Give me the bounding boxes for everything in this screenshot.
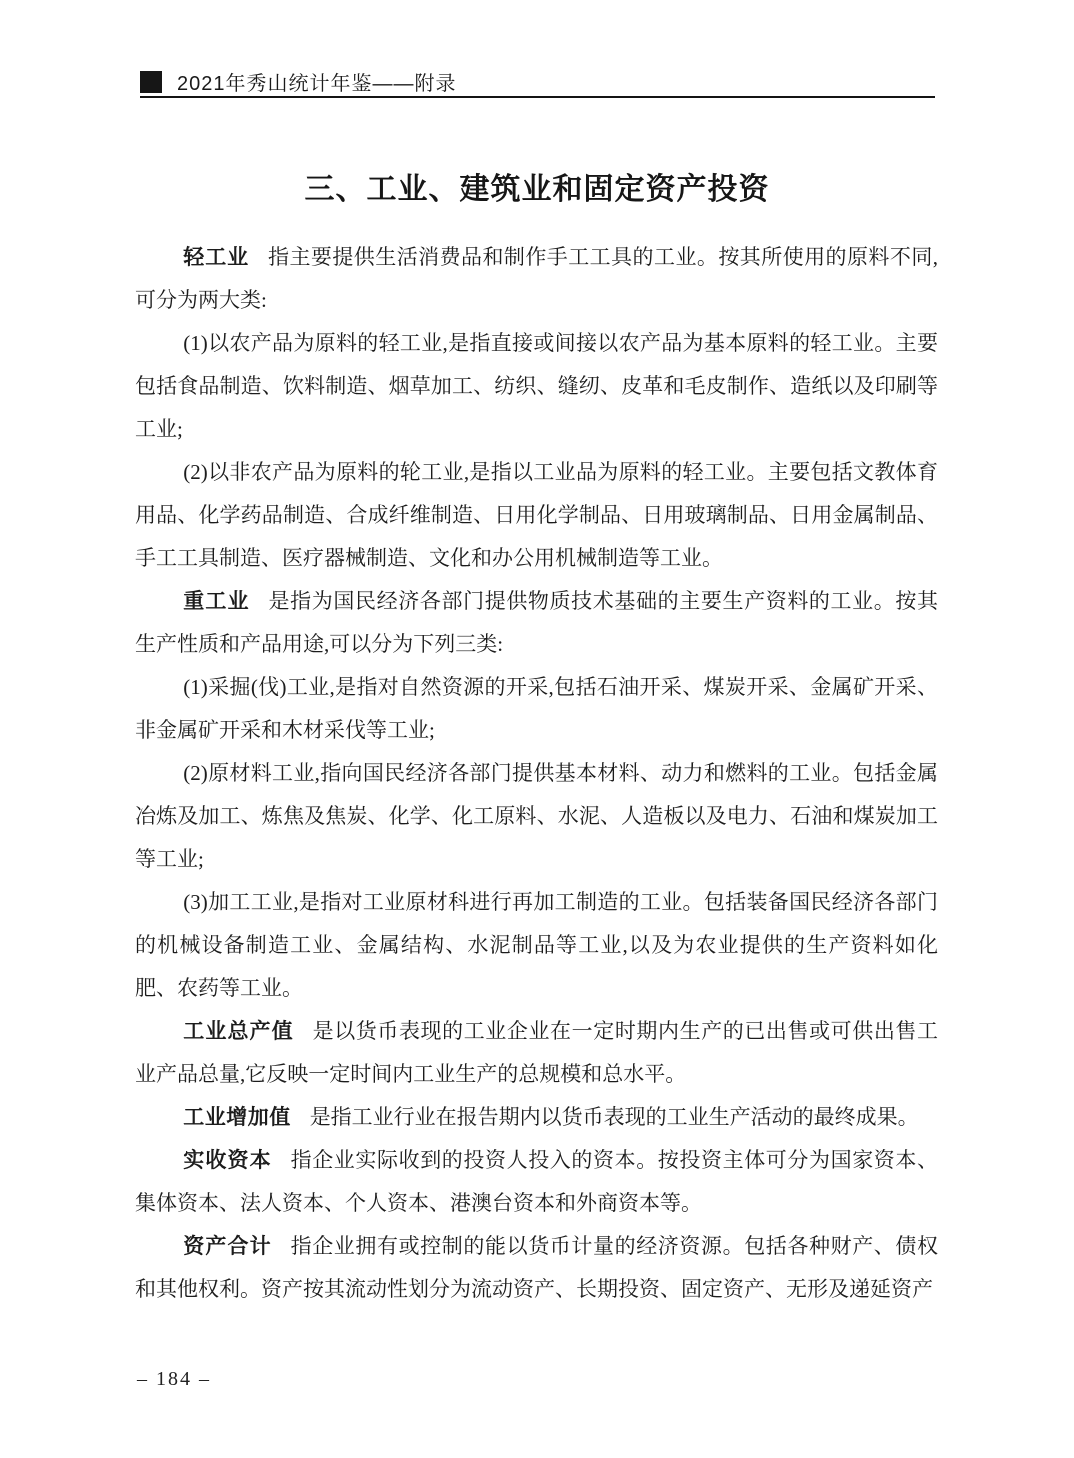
definition-paragraph: (2)原材料工业,指向国民经济各部门提供基本材料、动力和燃料的工业。包括金属冶炼… (135, 752, 938, 881)
term-label: 工业总产值 (183, 1020, 293, 1043)
definition-paragraph: (1)以农产品为原料的轻工业,是指直接或间接以农产品为基本原料的轻工业。主要包括… (135, 322, 938, 451)
document-body: 轻工业指主要提供生活消费品和制作手工工具的工业。按其所使用的原料不同,可分为两大… (135, 236, 938, 1311)
page-header: 2021年秀山统计年鉴——附录 (140, 67, 457, 96)
definition-paragraph: (1)采掘(伐)工业,是指对自然资源的开采,包括石油开采、煤炭开采、金属矿开采、… (135, 666, 938, 752)
definition-paragraph: 实收资本指企业实际收到的投资人投入的资本。按投资主体可分为国家资本、集体资本、法… (135, 1139, 938, 1225)
term-label: 轻工业 (183, 246, 249, 269)
term-label: 工业增加值 (183, 1106, 291, 1129)
header-title: 2021年秀山统计年鉴——附录 (177, 67, 457, 96)
section-marker-icon (140, 71, 162, 93)
document-page: 2021年秀山统计年鉴——附录 三、工业、建筑业和固定资产投资 轻工业指主要提供… (0, 0, 1074, 1458)
term-label: 重工业 (183, 590, 249, 613)
term-label: 实收资本 (183, 1149, 271, 1172)
definition-paragraph: 工业总产值是以货币表现的工业企业在一定时期内生产的已出售或可供出售工业产品总量,… (135, 1010, 938, 1096)
page-footer: – 184 – (137, 1368, 211, 1391)
definition-paragraph: 轻工业指主要提供生活消费品和制作手工工具的工业。按其所使用的原料不同,可分为两大… (135, 236, 938, 322)
definition-paragraph: (2)以非农产品为原料的轮工业,是指以工业品为原料的轻工业。主要包括文教体育用品… (135, 451, 938, 580)
definition-paragraph: 资产合计指企业拥有或控制的能以货币计量的经济资源。包括各种财产、债权和其他权利。… (135, 1225, 938, 1311)
page-number: – 184 – (137, 1368, 211, 1390)
definition-paragraph: 重工业是指为国民经济各部门提供物质技术基础的主要生产资料的工业。按其生产性质和产… (135, 580, 938, 666)
term-label: 资产合计 (183, 1235, 271, 1258)
section-title: 三、工业、建筑业和固定资产投资 (0, 164, 1074, 208)
definition-paragraph: (3)加工工业,是指对工业原材科进行再加工制造的工业。包括装备国民经济各部门的机… (135, 881, 938, 1010)
header-rule (140, 96, 935, 98)
definition-paragraph: 工业增加值是指工业行业在报告期内以货币表现的工业生产活动的最终成果。 (135, 1096, 938, 1139)
